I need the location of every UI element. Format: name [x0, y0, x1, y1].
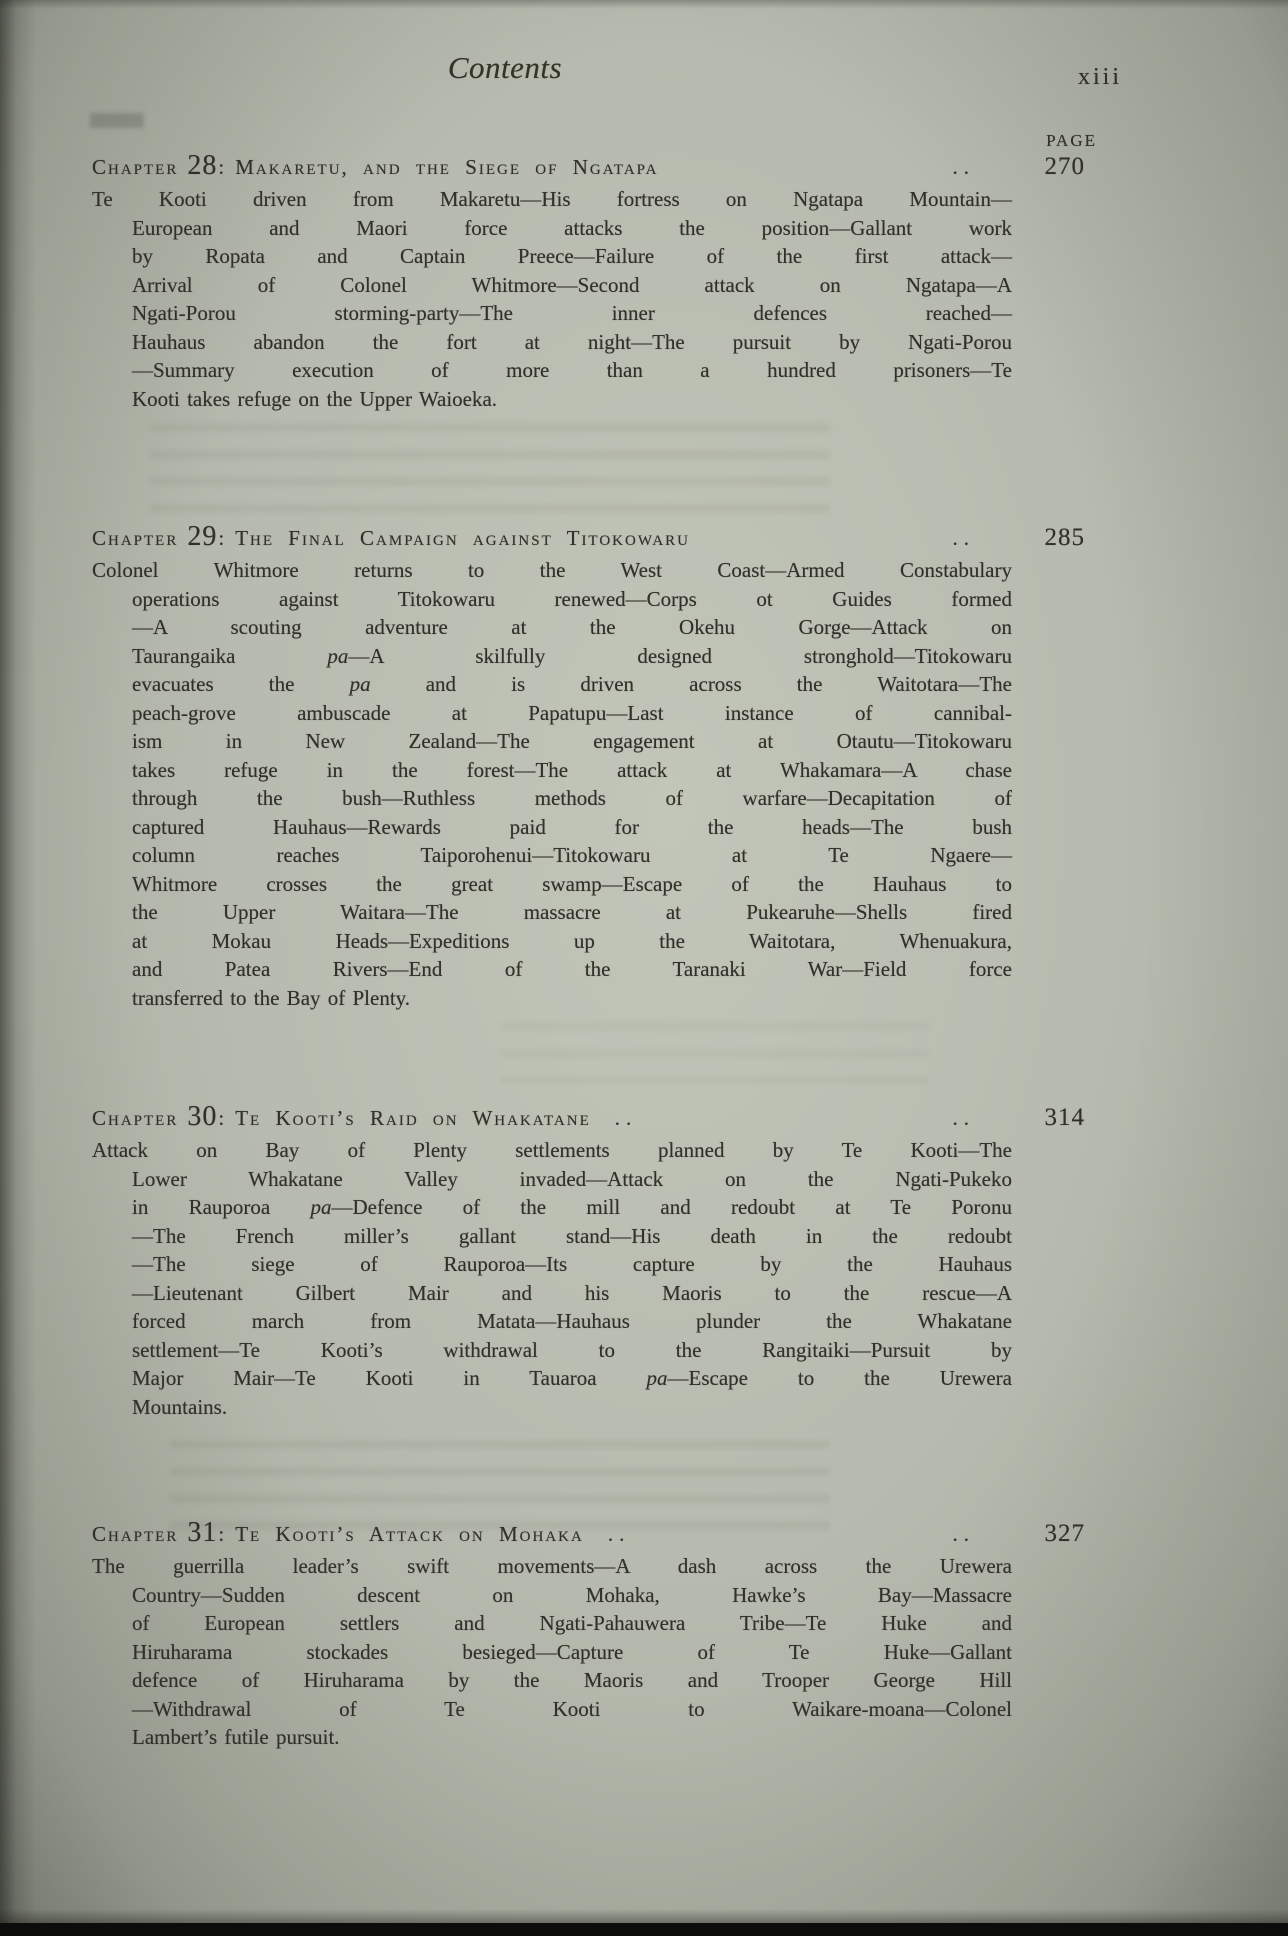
summary-line: —Summary execution of more than a hundre… [92, 356, 1012, 385]
dot-leader-right: .. [953, 1522, 976, 1547]
chapter-title: Te Kooti’s Attack on Mohaka [235, 1522, 584, 1547]
dot-leader-right: .. [953, 155, 976, 180]
summary-line: —Lieutenant Gilbert Mair and his Maoris … [92, 1279, 1012, 1308]
summary-line: Taurangaika pa—A skilfully designed stro… [92, 642, 1012, 671]
summary-line: Colonel Whitmore returns to the West Coa… [92, 556, 1012, 585]
summary-line: —The French miller’s gallant stand—His d… [92, 1222, 1012, 1251]
chapter-page-number: 270 [1023, 153, 1085, 181]
dot-leader-right: .. [953, 526, 976, 551]
summary-line: and Patea Rivers—End of the Taranaki War… [92, 955, 1012, 984]
chapter-heading: Chapter30:Te Kooti’s Raid on Whakatane .… [92, 1101, 1085, 1133]
summary-line: ism in New Zealand—The engagement at Ota… [92, 727, 1012, 756]
chapter-heading: Chapter31:Te Kooti’s Attack on Mohaka ..… [92, 1517, 1085, 1549]
summary-line: Hiruharama stockades besieged—Capture of… [92, 1638, 1012, 1667]
summary-line: at Mokau Heads—Expeditions up the Waitot… [92, 927, 1012, 956]
chapter-summary: The guerrilla leader’s swift movements—A… [92, 1552, 1012, 1752]
chapter-label: Chapter [92, 526, 178, 551]
summary-line: Te Kooti driven from Makaretu—His fortre… [92, 185, 1012, 214]
chapter-summary: Te Kooti driven from Makaretu—His fortre… [92, 185, 1012, 413]
summary-line: Whitmore crosses the great swamp—Escape … [92, 870, 1012, 899]
summary-line: Ngati-Porou storming-party—The inner def… [92, 299, 1012, 328]
chapter-heading: Chapter28:Makaretu, and the Siege of Nga… [92, 150, 1085, 182]
summary-line: Mountains. [92, 1393, 1012, 1422]
chapter-number: 29 [187, 521, 217, 553]
chapter-colon: : [218, 155, 224, 180]
scanned-book-page: Contents xiii PAGE Chapter28:Makaretu, a… [0, 0, 1288, 1936]
summary-line: —The siege of Rauporoa—Its capture by th… [92, 1250, 1012, 1279]
summary-line: takes refuge in the forest—The attack at… [92, 756, 1012, 785]
dot-leader: .... [591, 1106, 1023, 1131]
chapter-30-entry: Chapter30:Te Kooti’s Raid on Whakatane .… [92, 1101, 1085, 1421]
summary-line: of European settlers and Ngati-Pahauwera… [92, 1609, 1012, 1638]
chapter-heading: Chapter29:The Final Campaign against Tit… [92, 521, 1085, 553]
page-column-label: PAGE [1046, 131, 1097, 151]
summary-line: evacuates the pa and is driven across th… [92, 670, 1012, 699]
chapter-number: 31 [187, 1517, 217, 1549]
summary-line: —Withdrawal of Te Kooti to Waikare-moana… [92, 1695, 1012, 1724]
chapter-title: Te Kooti’s Raid on Whakatane [235, 1106, 591, 1131]
summary-line: —A scouting adventure at the Okehu Gorge… [92, 613, 1012, 642]
dot-leader: .. [658, 155, 1023, 180]
chapter-label: Chapter [92, 155, 178, 180]
chapter-colon: : [218, 1522, 224, 1547]
summary-line: Attack on Bay of Plenty settlements plan… [92, 1136, 1012, 1165]
show-through-smudge [150, 423, 830, 513]
chapter-number: 30 [187, 1101, 217, 1133]
page-title: Contents [375, 50, 635, 86]
summary-line: column reaches Taiporohenui—Titokowaru a… [92, 841, 1012, 870]
chapter-title: The Final Campaign against Titokowaru [235, 526, 690, 551]
summary-line: in Rauporoa pa—Defence of the mill and r… [92, 1193, 1012, 1222]
summary-line: defence of Hiruharama by the Maoris and … [92, 1666, 1012, 1695]
folio-page-number: xiii [1078, 64, 1122, 91]
chapter-label: Chapter [92, 1106, 178, 1131]
summary-line: Lower Whakatane Valley invaded—Attack on… [92, 1165, 1012, 1194]
dot-leader-left: .. [615, 1106, 638, 1131]
chapter-page-number: 327 [1023, 1520, 1085, 1548]
summary-line: captured Hauhaus—Rewards paid for the he… [92, 813, 1012, 842]
chapter-number: 28 [187, 150, 217, 182]
chapter-28-entry: Chapter28:Makaretu, and the Siege of Nga… [92, 150, 1085, 413]
summary-line: Lambert’s futile pursuit. [92, 1723, 1012, 1752]
summary-line: transferred to the Bay of Plenty. [92, 984, 1012, 1013]
dot-leader: .. [690, 526, 1023, 551]
summary-line: European and Maori force attacks the pos… [92, 214, 1012, 243]
page-bottom-shadow [0, 1909, 1288, 1923]
page-top-edge [0, 0, 1288, 9]
summary-line: Major Mair—Te Kooti in Tauaroa pa—Escape… [92, 1364, 1012, 1393]
chapter-title: Makaretu, and the Siege of Ngatapa [235, 155, 658, 180]
summary-line: Kooti takes refuge on the Upper Waioeka. [92, 385, 1012, 414]
summary-line: by Ropata and Captain Preece—Failure of … [92, 242, 1012, 271]
chapter-summary: Colonel Whitmore returns to the West Coa… [92, 556, 1012, 1012]
summary-line: forced march from Matata—Hauhaus plunder… [92, 1307, 1012, 1336]
summary-line: peach-grove ambuscade at Papatupu—Last i… [92, 699, 1012, 728]
chapter-29-entry: Chapter29:The Final Campaign against Tit… [92, 521, 1085, 1012]
summary-line: The guerrilla leader’s swift movements—A… [92, 1552, 1012, 1581]
chapter-label: Chapter [92, 1522, 178, 1547]
dot-leader-right: .. [953, 1106, 976, 1131]
summary-line: Country—Sudden descent on Mohaka, Hawke’… [92, 1581, 1012, 1610]
dot-leader-left: .. [608, 1522, 631, 1547]
dot-leader: .... [584, 1522, 1023, 1547]
chapter-colon: : [218, 526, 224, 551]
summary-line: Arrival of Colonel Whitmore—Second attac… [92, 271, 1012, 300]
scan-bottom-edge [0, 1923, 1288, 1936]
summary-line: Hauhaus abandon the fort at night—The pu… [92, 328, 1012, 357]
chapter-page-number: 314 [1023, 1104, 1085, 1132]
chapter-summary: Attack on Bay of Plenty settlements plan… [92, 1136, 1012, 1421]
summary-line: the Upper Waitara—The massacre at Pukear… [92, 898, 1012, 927]
summary-line: operations against Titokowaru renewed—Co… [92, 585, 1012, 614]
chapter-page-number: 285 [1023, 524, 1085, 552]
page-gutter-shadow [0, 0, 36, 1936]
summary-line: through the bush—Ruthless methods of war… [92, 784, 1012, 813]
chapter-colon: : [218, 1106, 224, 1131]
show-through-smudge [90, 113, 144, 128]
chapter-31-entry: Chapter31:Te Kooti’s Attack on Mohaka ..… [92, 1517, 1085, 1752]
summary-line: settlement—Te Kooti’s withdrawal to the … [92, 1336, 1012, 1365]
show-through-smudge [500, 1022, 930, 1084]
